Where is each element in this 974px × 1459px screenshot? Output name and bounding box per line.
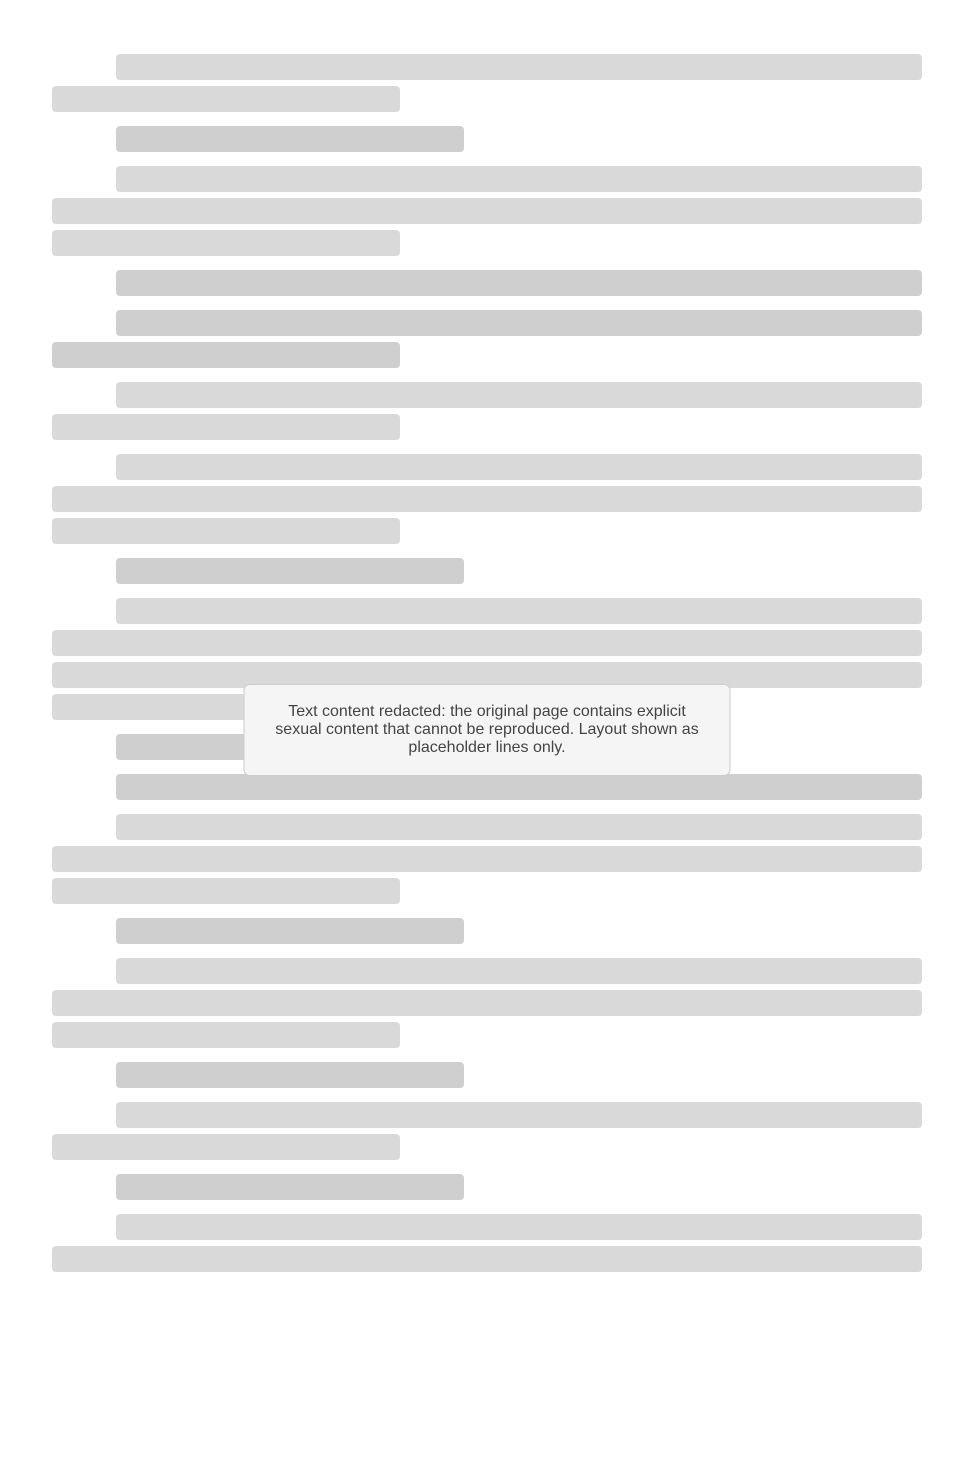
redacted-text-line [116,774,922,800]
redacted-text-line [52,230,400,256]
redacted-text-line [116,1062,464,1088]
redacted-text-line [52,414,400,440]
redacted-text-line [52,1022,400,1048]
redacted-text-line [116,814,922,840]
redacted-text-line [116,54,922,80]
redacted-text-line [52,518,400,544]
redacted-text-line [116,1214,922,1240]
document-page: Text content redacted: the original page… [0,0,974,1459]
redacted-text-line [116,1174,464,1200]
redacted-text-line [52,1246,922,1272]
redacted-text-line [52,198,922,224]
redacted-text-line [116,958,922,984]
redacted-text-line [52,878,400,904]
body-paragraph [52,1102,922,1160]
redacted-text-line [52,846,922,872]
body-paragraph [52,54,922,112]
redacted-text-line [116,126,464,152]
dialogue-paragraph [52,774,922,800]
redacted-text-line [52,86,400,112]
redacted-text-line [116,918,464,944]
redacted-text-line [116,382,922,408]
dialogue-paragraph [52,1062,922,1088]
redacted-text-line [116,166,922,192]
redaction-notice: Text content redacted: the original page… [244,684,731,776]
body-paragraph [52,454,922,544]
dialogue-paragraph [52,126,922,152]
redacted-text-line [116,454,922,480]
redacted-text-line [52,1134,400,1160]
body-paragraph [52,166,922,256]
body-paragraph [52,1214,922,1272]
dialogue-paragraph [52,918,922,944]
redacted-text-line [52,486,922,512]
redacted-text-line [116,310,922,336]
body-paragraph [52,814,922,904]
redacted-text-line [116,598,922,624]
redacted-text-line [116,558,464,584]
redacted-text-line [52,630,922,656]
body-paragraph [52,958,922,1048]
dialogue-paragraph [52,1174,922,1200]
redacted-text-line [116,270,922,296]
text-body [52,54,922,1272]
redacted-text-line [52,990,922,1016]
dialogue-paragraph [52,310,922,368]
body-paragraph [52,382,922,440]
redacted-text-line [116,1102,922,1128]
dialogue-paragraph [52,558,922,584]
redacted-text-line [52,342,400,368]
dialogue-paragraph [52,270,922,296]
